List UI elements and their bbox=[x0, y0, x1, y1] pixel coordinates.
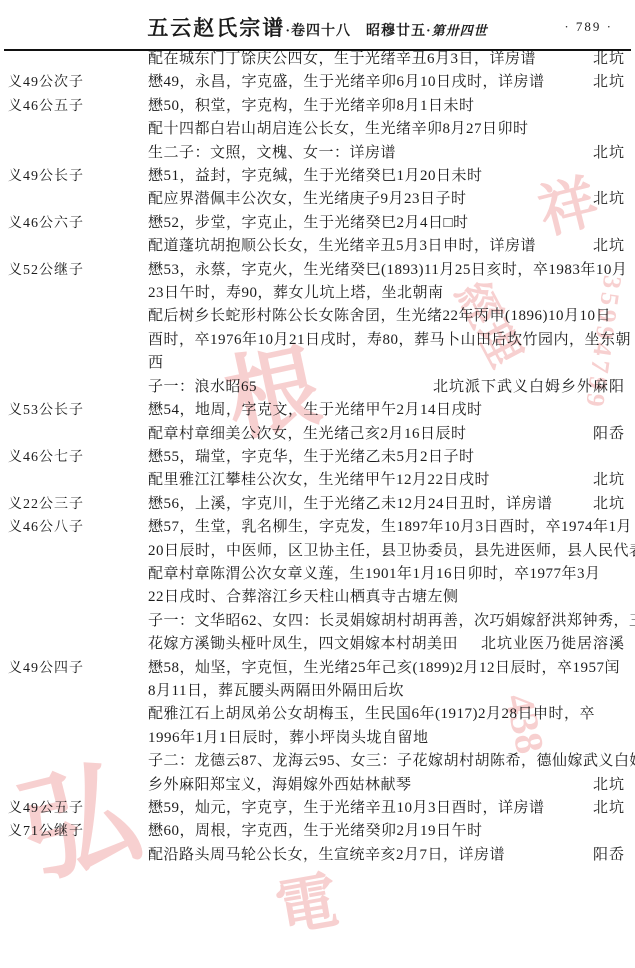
father-rank-label: 义49公五子 bbox=[0, 797, 148, 820]
entry-row: 义46公八子懋57，生堂，乳名柳生，字克发，生1897年10月3日酉时，卒197… bbox=[0, 516, 635, 539]
location-tag: 北坑 bbox=[593, 48, 635, 71]
book-title: 五云赵氏宗谱 bbox=[147, 16, 285, 40]
father-rank-label: 义22公三子 bbox=[0, 493, 148, 516]
entry-text: 8月11日，葬瓦腰头两隔田外隔田后坎 bbox=[148, 680, 625, 703]
entry-row: 酉时，卒1976年10月21日戌时，寿80，葬马卜山田后坎竹园内，坐东朝 bbox=[0, 329, 635, 352]
entry-text: 20日辰时，中医师，区卫协主任，县卫协委员，县先进医师，县人民代表 bbox=[148, 540, 635, 563]
location-tag: 北坑 bbox=[593, 774, 635, 797]
entry-text: 配章村章细美公次女，生光绪己亥2月16日辰时 bbox=[148, 423, 593, 446]
location-tag: 阳岙 bbox=[593, 844, 635, 867]
entry-text: 配沿路头周马轮公长女，生宣统辛亥2月7日，详房谱 bbox=[148, 844, 593, 867]
location-tag: 北坑 bbox=[593, 797, 635, 820]
entry-row: 乡外麻阳郑宝义，海娟嫁外西姑林献琴北坑 bbox=[0, 774, 635, 797]
father-rank-label: 义46公八子 bbox=[0, 516, 148, 539]
entry-row: 配沿路头周马轮公长女，生宣统辛亥2月7日，详房谱阳岙 bbox=[0, 844, 635, 867]
genealogy-page: 祥 經理 35994799 根 弘 電 438 五云赵氏宗谱·卷四十八 昭穆廿五… bbox=[0, 0, 635, 968]
entry-text: 懋58，灿坚，字克恒，生光绪25年己亥(1899)2月12日辰时，卒1957闰 bbox=[148, 657, 625, 680]
entry-text: 花嫁方溪锄头桠叶凤生，四文娟嫁本村胡美田 bbox=[148, 633, 481, 656]
entry-text: 配里雅江江攀桂公次女，生光绪甲午12月22日戌时 bbox=[148, 469, 593, 492]
entry-row: 西 bbox=[0, 352, 635, 375]
location-tag: 北坑 bbox=[593, 142, 635, 165]
entry-row: 子一：文华昭62、女四：长灵娟嫁胡村胡再善，次巧娟嫁舒洪郑钟秀，三凤 bbox=[0, 610, 635, 633]
father-rank-label: 义46公五子 bbox=[0, 95, 148, 118]
entry-text: 配雅江石上胡凤弟公女胡梅玉，生民国6年(1917)2月28日申时，卒 bbox=[148, 703, 625, 726]
entry-text: 懋49，永昌，字克盛，生于光绪辛卯6月10日戌时，详房谱 bbox=[148, 71, 593, 94]
father-rank-label: 义49公长子 bbox=[0, 165, 148, 188]
father-rank-label: 义52公继子 bbox=[0, 259, 148, 282]
entry-text: 酉时，卒1976年10月21日戌时，寿80，葬马卜山田后坎竹园内，坐东朝 bbox=[148, 329, 631, 352]
page-number: · 789 · bbox=[564, 19, 613, 35]
entry-text: 懋52，步堂，字克止，生于光绪癸巳2月4日□时 bbox=[148, 212, 625, 235]
entry-row: 23日午时，寿90，葬女儿坑上塔，坐北朝南 bbox=[0, 282, 635, 305]
father-rank-label: 义46公六子 bbox=[0, 212, 148, 235]
entry-row: 22日戌时、合葬溶江乡天柱山栖真寺古塘左侧 bbox=[0, 586, 635, 609]
entry-text: 配应界潜佩丰公次女，生光绪庚子9月23日子时 bbox=[148, 188, 593, 211]
entry-row: 义46公五子懋50，积堂，字克构，生于光绪辛卯8月1日未时 bbox=[0, 95, 635, 118]
location-tag: 北坑业医乃徙居溶溪 bbox=[481, 633, 635, 656]
entry-row: 配道蓬坑胡抱顺公长女，生光绪辛丑5月3日申时，详房谱北坑 bbox=[0, 235, 635, 258]
entry-row: 配雅江石上胡凤弟公女胡梅玉，生民国6年(1917)2月28日申时，卒 bbox=[0, 703, 635, 726]
entry-text: 懋51，益封，字克缄，生于光绪癸巳1月20日未时 bbox=[148, 165, 625, 188]
entry-row: 义71公继子懋60，周根，字克西，生于光绪癸卯2月19日午时 bbox=[0, 820, 635, 843]
entry-text: 懋59，灿元，字克亨，生于光绪辛丑10月3日酉时，详房谱 bbox=[148, 797, 593, 820]
entry-row: 义53公长子懋54，地周，字克文，生于光绪甲午2月14日戌时 bbox=[0, 399, 635, 422]
entry-row: 义49公长子懋51，益封，字克缄，生于光绪癸巳1月20日未时 bbox=[0, 165, 635, 188]
entry-row: 义49公四子懋58，灿坚，字克恒，生光绪25年己亥(1899)2月12日辰时，卒… bbox=[0, 657, 635, 680]
entry-text: 23日午时，寿90，葬女儿坑上塔，坐北朝南 bbox=[148, 282, 625, 305]
location-tag: 北坑 bbox=[593, 188, 635, 211]
entry-row: 子一：浪水昭65北坑派下武义白姆乡外麻阳 bbox=[0, 376, 635, 399]
father-rank-label: 义53公长子 bbox=[0, 399, 148, 422]
entry-row: 配里雅江江攀桂公次女，生光绪甲午12月22日戌时北坑 bbox=[0, 469, 635, 492]
father-rank-label: 义46公七子 bbox=[0, 446, 148, 469]
entry-row: 生二子：文照，文槐、女一：详房谱北坑 bbox=[0, 142, 635, 165]
entry-row: 义49公次子懋49，永昌，字克盛，生于光绪辛卯6月10日戌时，详房谱北坑 bbox=[0, 71, 635, 94]
location-tag: 北坑 bbox=[593, 493, 635, 516]
entry-row: 义52公继子懋53，永蔡，字克火，生光绪癸巳(1893)11月25日亥时，卒19… bbox=[0, 259, 635, 282]
entry-row: 8月11日，葬瓦腰头两隔田外隔田后坎 bbox=[0, 680, 635, 703]
entry-row: 配应界潜佩丰公次女，生光绪庚子9月23日子时北坑 bbox=[0, 188, 635, 211]
location-tag: 北坑 bbox=[593, 235, 635, 258]
entry-row: 子二：龙德云87、龙海云95、女三：子花嫁胡村胡陈希，德仙嫁武义白姆 bbox=[0, 750, 635, 773]
entry-text: 子一：文华昭62、女四：长灵娟嫁胡村胡再善，次巧娟嫁舒洪郑钟秀，三凤 bbox=[148, 610, 635, 633]
father-rank-label: 义71公继子 bbox=[0, 820, 148, 843]
entry-text: 懋50，积堂，字克构，生于光绪辛卯8月1日未时 bbox=[148, 95, 625, 118]
entry-row: 配后树乡长蛇形村陈公长女陈舍囝，生光绪22年丙申(1896)10月10日 bbox=[0, 305, 635, 328]
location-tag: 阳岙 bbox=[593, 423, 635, 446]
location-tag: 北坑 bbox=[593, 71, 635, 94]
generation-label: 第卅四世 bbox=[432, 23, 488, 38]
entry-text: 懋60，周根，字克西，生于光绪癸卯2月19日午时 bbox=[148, 820, 625, 843]
entry-text: 子一：浪水昭65 bbox=[148, 376, 433, 399]
entry-row: 花嫁方溪锄头桠叶凤生，四文娟嫁本村胡美田北坑业医乃徙居溶溪 bbox=[0, 633, 635, 656]
entry-text: 懋56，上溪，字克川，生于光绪乙未12月24日丑时，详房谱 bbox=[148, 493, 593, 516]
entry-row: 1996年1月1日辰时，葬小坪岗头垅自留地 bbox=[0, 727, 635, 750]
entry-text: 配在城东门丁馀庆公四女，生于光绪辛丑6月3日，详房谱 bbox=[148, 48, 593, 71]
entry-text: 懋53，永蔡，字克火，生光绪癸巳(1893)11月25日亥时，卒1983年10月 bbox=[148, 259, 627, 282]
entry-row: 义49公五子懋59，灿元，字克亨，生于光绪辛丑10月3日酉时，详房谱北坑 bbox=[0, 797, 635, 820]
location-tag: 北坑派下武义白姆乡外麻阳 bbox=[433, 376, 635, 399]
entry-row: 义46公六子懋52，步堂，字克止，生于光绪癸巳2月4日□时 bbox=[0, 212, 635, 235]
entry-text: 懋55，瑞堂，字克华，生于光绪乙未5月2日子时 bbox=[148, 446, 625, 469]
father-rank-label: 义49公四子 bbox=[0, 657, 148, 680]
rows: 配在城东门丁馀庆公四女，生于光绪辛丑6月3日，详房谱北坑义49公次子懋49，永昌… bbox=[0, 48, 635, 867]
entry-text: 生二子：文照，文槐、女一：详房谱 bbox=[148, 142, 593, 165]
page-header: 五云赵氏宗谱·卷四十八 昭穆廿五·第卅四世 bbox=[0, 0, 635, 42]
entry-text: 西 bbox=[148, 352, 625, 375]
entry-text: 懋57，生堂，乳名柳生，字克发，生1897年10月3日酉时，卒1974年1月 bbox=[148, 516, 632, 539]
entry-row: 配章村章细美公次女，生光绪己亥2月16日辰时阳岙 bbox=[0, 423, 635, 446]
entry-row: 义22公三子懋56，上溪，字克川，生于光绪乙未12月24日丑时，详房谱北坑 bbox=[0, 493, 635, 516]
entry-text: 22日戌时、合葬溶江乡天柱山栖真寺古塘左侧 bbox=[148, 586, 625, 609]
entry-row: 配章村章陈渭公次女章义莲，生1901年1月16日卯时，卒1977年3月 bbox=[0, 563, 635, 586]
volume-label: ·卷四十八 昭穆廿五· bbox=[285, 24, 431, 39]
entry-text: 配后树乡长蛇形村陈公长女陈舍囝，生光绪22年丙申(1896)10月10日 bbox=[148, 305, 625, 328]
entry-text: 配章村章陈渭公次女章义莲，生1901年1月16日卯时，卒1977年3月 bbox=[148, 563, 625, 586]
entry-text: 子二：龙德云87、龙海云95、女三：子花嫁胡村胡陈希，德仙嫁武义白姆 bbox=[148, 750, 635, 773]
entry-row: 配十四都白岩山胡启连公长女，生光绪辛卯8月27日卯时 bbox=[0, 118, 635, 141]
entry-text: 配十四都白岩山胡启连公长女，生光绪辛卯8月27日卯时 bbox=[148, 118, 625, 141]
entry-row: 义46公七子懋55，瑞堂，字克华，生于光绪乙未5月2日子时 bbox=[0, 446, 635, 469]
entry-text: 配道蓬坑胡抱顺公长女，生光绪辛丑5月3日申时，详房谱 bbox=[148, 235, 593, 258]
entry-text: 懋54，地周，字克文，生于光绪甲午2月14日戌时 bbox=[148, 399, 625, 422]
entry-row: 配在城东门丁馀庆公四女，生于光绪辛丑6月3日，详房谱北坑 bbox=[0, 48, 635, 71]
entry-row: 20日辰时，中医师，区卫协主任，县卫协委员，县先进医师，县人民代表 bbox=[0, 540, 635, 563]
entry-text: 乡外麻阳郑宝义，海娟嫁外西姑林献琴 bbox=[148, 774, 593, 797]
location-tag: 北坑 bbox=[593, 469, 635, 492]
father-rank-label: 义49公次子 bbox=[0, 71, 148, 94]
entry-text: 1996年1月1日辰时，葬小坪岗头垅自留地 bbox=[148, 727, 625, 750]
